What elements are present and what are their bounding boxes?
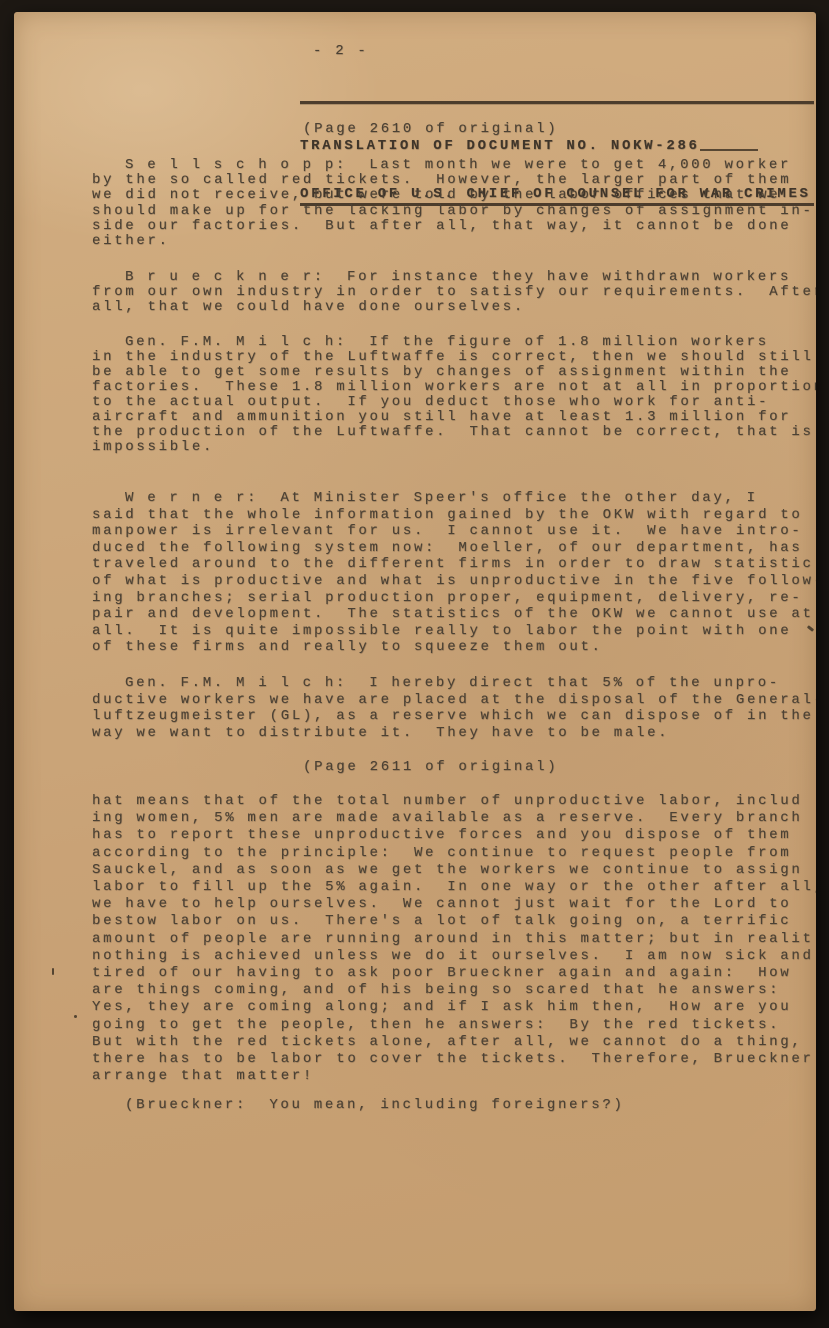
- text-line: we did not receive, but were told by the…: [92, 188, 816, 203]
- page-reference-2611: (Page 2611 of original): [303, 759, 558, 775]
- text-line: said that the whole information gained b…: [92, 507, 816, 524]
- text-line: according to the principle: We continue …: [92, 845, 816, 862]
- ink-speck-left-margin: [52, 968, 54, 975]
- text-line: we have to help ourselves. We cannot jus…: [92, 896, 816, 913]
- text-line: W e r n e r: At Minister Speer's office …: [92, 490, 816, 507]
- scan-background: - 2 - TRANSLATION OF DOCUMENT NO. NOKW-2…: [0, 0, 829, 1328]
- text-line: tired of our having to ask poor Brueckne…: [92, 965, 816, 982]
- text-line: be able to get some results by changes o…: [92, 365, 816, 380]
- paragraph-sellschopp: S e l l s c h o p p: Last month we were …: [92, 158, 816, 249]
- text-line: amount of people are running around in t…: [92, 931, 816, 948]
- text-line: either.: [92, 234, 816, 249]
- text-line: Gen. F.M. M i l c h: I hereby direct tha…: [92, 675, 816, 692]
- page-reference-2610: (Page 2610 of original): [303, 121, 558, 137]
- text-line: going to get the people, then he answers…: [92, 1017, 816, 1034]
- text-line: B r u e c k n e r: For instance they hav…: [92, 270, 816, 285]
- document-page: - 2 - TRANSLATION OF DOCUMENT NO. NOKW-2…: [14, 12, 816, 1311]
- text-line: bestow labor on us. There's a lot of tal…: [92, 913, 816, 930]
- text-line: aircraft and ammunition you still have a…: [92, 410, 816, 425]
- text-line: of these firms and really to squeeze the…: [92, 639, 816, 656]
- text-line: are things coming, and of his being so s…: [92, 982, 816, 999]
- text-line: arrange that matter!: [92, 1068, 816, 1085]
- text-line: of what is productive and what is unprod…: [92, 573, 816, 590]
- paragraph-milch-continued: hat means that of the total number of un…: [92, 793, 816, 1085]
- text-line: in the industry of the Luftwaffe is corr…: [92, 350, 816, 365]
- text-line: side our factories. But after all, that …: [92, 219, 816, 234]
- text-line: pair and development. The statistics of …: [92, 606, 816, 623]
- header-rule-extension: [700, 138, 758, 151]
- text-line: all. It is quite impossible really to la…: [92, 623, 816, 640]
- header-title-line1: TRANSLATION OF DOCUMENT NO. NOKW-286: [300, 138, 700, 154]
- text-line: by the so called red tickets. However, t…: [92, 173, 816, 188]
- text-line: has to report these unproductive forces …: [92, 827, 816, 844]
- ink-speck-dot: [74, 1015, 77, 1018]
- header-rule-top: [300, 101, 814, 104]
- page-number: - 2 -: [313, 43, 369, 59]
- text-line: there has to be labor to cover the ticke…: [92, 1051, 816, 1068]
- paragraph-brueckner-question: (Brueckner: You mean, including foreigne…: [92, 1097, 816, 1114]
- text-line: from our own industry in order to satisf…: [92, 285, 816, 300]
- text-line: S e l l s c h o p p: Last month we were …: [92, 158, 816, 173]
- text-line: Yes, they are coming along; and if I ask…: [92, 999, 816, 1016]
- text-line: labor to fill up the 5% again. In one wa…: [92, 879, 816, 896]
- text-line: hat means that of the total number of un…: [92, 793, 816, 810]
- text-line: ing women, 5% men are made available as …: [92, 810, 816, 827]
- text-line: ductive workers we have are placed at th…: [92, 692, 816, 709]
- text-line: (Brueckner: You mean, including foreigne…: [92, 1097, 816, 1114]
- text-line: all, that we could have done ourselves.: [92, 300, 816, 315]
- text-line: the production of the Luftwaffe. That ca…: [92, 425, 816, 440]
- paragraph-brueckner: B r u e c k n e r: For instance they hav…: [92, 270, 816, 315]
- text-line: ing branches; serial production proper, …: [92, 590, 816, 607]
- text-line: impossible.: [92, 440, 816, 455]
- paragraph-milch-2: Gen. F.M. M i l c h: I hereby direct tha…: [92, 675, 816, 742]
- text-line: Sauckel, and as soon as we get the worke…: [92, 862, 816, 879]
- text-line: way we want to distribute it. They have …: [92, 725, 816, 742]
- text-line: duced the following system now: Moeller,…: [92, 540, 816, 557]
- text-line: nothing is achieved unless we do it ours…: [92, 948, 816, 965]
- text-line: traveled around to the different firms i…: [92, 556, 816, 573]
- text-line: But with the red tickets alone, after al…: [92, 1034, 816, 1051]
- text-line: factories. These 1.8 million workers are…: [92, 380, 816, 395]
- paragraph-milch-1: Gen. F.M. M i l c h: If the figure of 1.…: [92, 335, 816, 455]
- paragraph-werner: W e r n e r: At Minister Speer's office …: [92, 490, 816, 656]
- text-line: manpower is irrelevant for us. I cannot …: [92, 523, 816, 540]
- text-line: Gen. F.M. M i l c h: If the figure of 1.…: [92, 335, 816, 350]
- text-line: luftzeugmeister (GL), as a reserve which…: [92, 708, 816, 725]
- text-line: should make up for the lacking labor by …: [92, 204, 816, 219]
- text-line: to the actual output. If you deduct thos…: [92, 395, 816, 410]
